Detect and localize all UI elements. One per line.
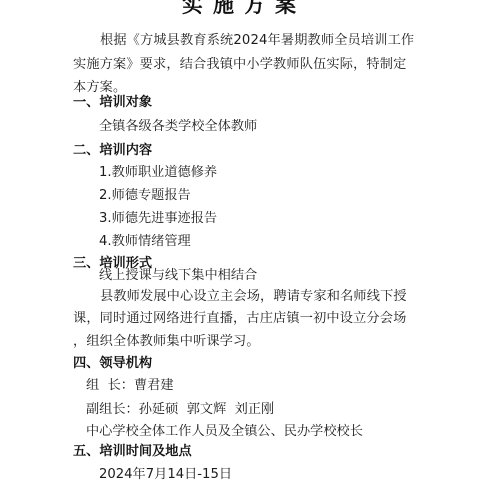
section-2-item-3: 3.师德先进事迹报告 [99, 210, 217, 228]
section-3-item-1: 线上授课与线下集中相结合 [99, 267, 257, 285]
section-2-item-2: 2.师德专题报告 [99, 187, 191, 205]
section-heading-4: 四、领导机构 [73, 355, 152, 373]
intro-line-2: 实施方案》要求，结合我镇中小学教师队伍实际，特制定 [73, 56, 406, 74]
document-page: 实施方案 根据《方城县教育系统2024年暑期教师全员培训工作 实施方案》要求，结… [0, 0, 480, 480]
section-heading-1: 一、培训对象 [73, 94, 152, 112]
section-1-item-1: 全镇各级各类学校全体教师 [99, 118, 257, 136]
group-members: 中心学校全体工作人员及全镇公、民办学校校长 [86, 423, 363, 441]
section-2-item-4: 4.教师情绪管理 [99, 233, 191, 251]
deputy-group-leaders: 副组长：孙延硕 郭文辉 刘正刚 [86, 401, 274, 419]
group-leader: 组 长：曹君建 [86, 377, 174, 395]
section-3-para-line-3: ，组织全体教师集中听课学习。 [73, 333, 260, 351]
training-date: 2024年7月14日-15日 [99, 466, 232, 480]
section-3-para-line-1: 县教师发展中心设立主会场，聘请专家和名师线下授 [100, 288, 407, 306]
document-title: 实施方案 [0, 0, 480, 19]
section-heading-2: 二、培训内容 [73, 142, 152, 160]
section-heading-5: 五、培训时间及地点 [73, 443, 192, 461]
section-2-item-1: 1.教师职业道德修养 [99, 164, 217, 182]
intro-line-1: 根据《方城县教育系统2024年暑期教师全员培训工作 [100, 32, 414, 50]
section-3-para-line-2: 课，同时通过网络进行直播，古庄店镇一初中设立分会场 [73, 310, 406, 328]
